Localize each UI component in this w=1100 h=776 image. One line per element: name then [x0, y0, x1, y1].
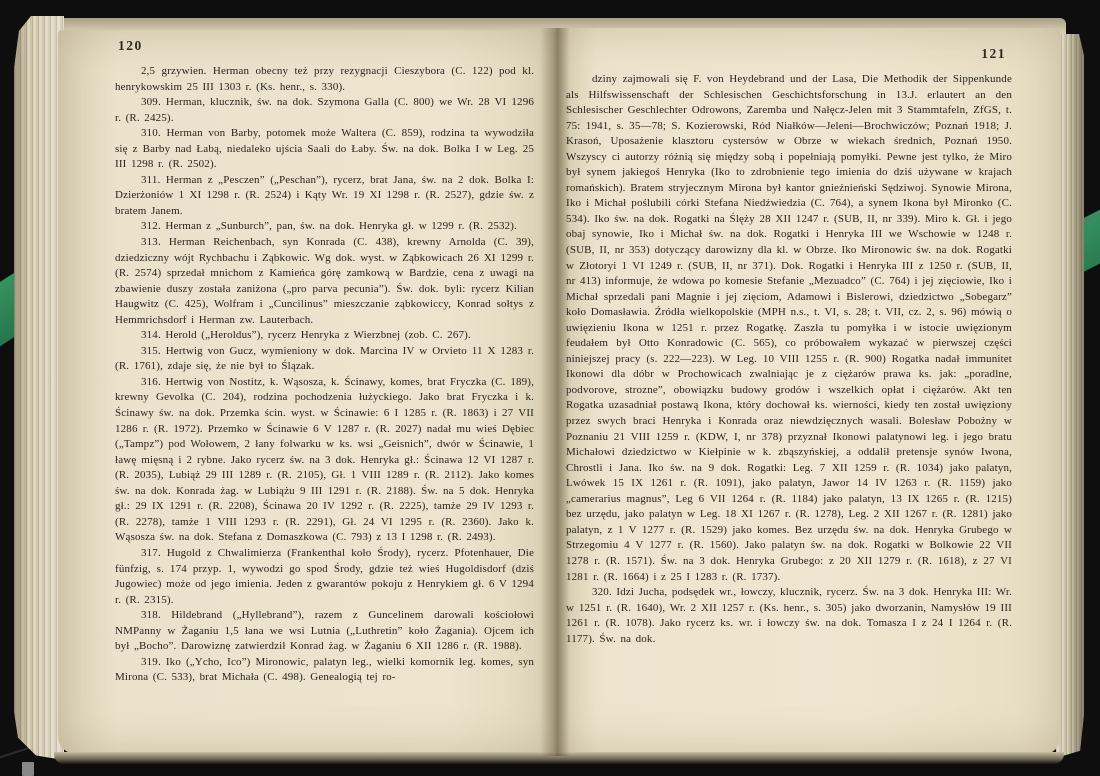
book-scan-photo: 120 121 2,5 grzywien. Herman obecny też …	[0, 0, 1100, 776]
page-stack-right-edge	[1056, 34, 1084, 758]
paragraph: 314. Herold („Heroldus”), rycerz Henryka…	[115, 328, 534, 344]
paragraph: 315. Hertwig von Gucz, wymieniony w dok.…	[115, 344, 534, 375]
paragraph: 311. Herman z „Pesczen” („Peschan”), ryc…	[115, 173, 534, 220]
paragraph: 312. Herman z „Sunburch”, pan, św. na do…	[115, 219, 534, 235]
paragraph: 310. Herman von Barby, potomek może Walt…	[115, 126, 534, 173]
page-number-left: 120	[118, 38, 143, 54]
paragraph: 318. Hildebrand („Hyllebrand”), razem z …	[115, 608, 534, 655]
paragraph: 309. Herman, klucznik, św. na dok. Szymo…	[115, 95, 534, 126]
paragraph: 320. Idzi Jucha, podsędek wr., łowczy, k…	[566, 585, 1012, 647]
paragraph: 2,5 grzywien. Herman obecny też przy rez…	[115, 64, 534, 95]
paragraph: 316. Hertwig von Nostitz, k. Wąsosza, k.…	[115, 375, 534, 546]
paragraph: dziny zajmowali się F. von Heydebrand un…	[566, 72, 1012, 585]
page-number-right: 121	[944, 46, 1006, 62]
paragraph: 317. Hugold z Chwalimierza (Frankenthal …	[115, 546, 534, 608]
paragraph: 319. Iko („Ycho, Ico”) Mironowic, palaty…	[115, 655, 534, 686]
background-tab	[22, 762, 34, 776]
paragraph: 313. Herman Reichenbach, syn Konrada (C.…	[115, 235, 534, 328]
right-page-text-column: dziny zajmowali się F. von Heydebrand un…	[566, 72, 1012, 706]
left-page-text-column: 2,5 grzywien. Herman obecny też przy rez…	[115, 64, 534, 710]
page-stack-left-edge	[14, 16, 64, 760]
